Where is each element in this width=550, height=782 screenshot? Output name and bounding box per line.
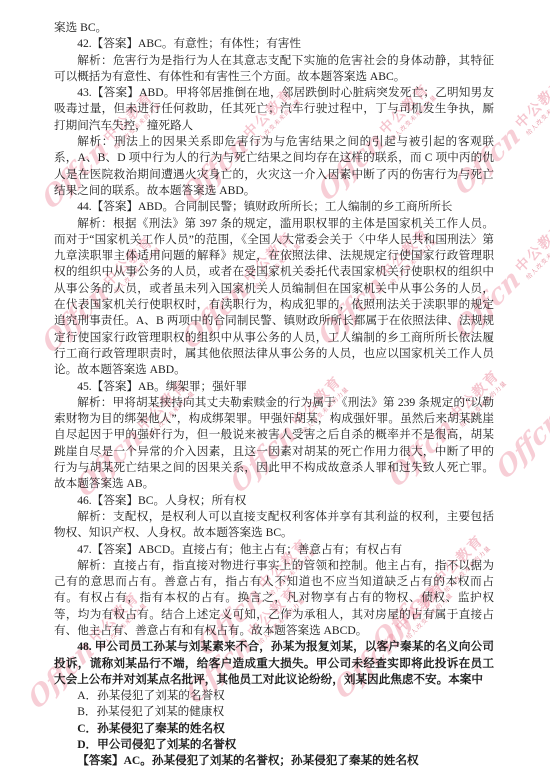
answer-line-48: 【答案】AC。孙某侵犯了刘某的名誉权；孙某侵犯了秦某的姓名权: [54, 753, 494, 769]
option-b: B．孙某侵犯了刘某的健康权: [54, 704, 494, 720]
offcn-slogan-text: 给人改变未来的力量: [526, 88, 550, 137]
offcn-brand-block: 中公教育给人改变未来的力量: [514, 221, 550, 282]
document-page: 案选 BC。42.【答案】ABC。有意性；有体性；有害性解析：危害行为是指行为人…: [54, 20, 494, 770]
offcn-script-logo: Offcn: [493, 404, 550, 484]
analysis-45: 解析：甲将胡某挟持向其丈夫勒索赎金的行为属于《刑法》第 239 条规定的“以勒索…: [54, 395, 494, 493]
exam-answer-document: { "page": { "width": 550, "height": 782,…: [0, 0, 550, 782]
analysis-47: 解析：直接占有，指直接对物进行事实上的管领和控制。他主占有，指不以据为己有的意思…: [54, 558, 494, 639]
analysis-42: 解析：危害行为是指行为人在其意志支配下实施的危害社会的身体动静，其特征可以概括为…: [54, 53, 494, 86]
answer-line-45: 45.【答案】AB。绑架罪；强奸罪: [54, 379, 494, 395]
analysis-43: 解析：刑法上的因果关系即危害行为与危害结果之间的引起与被引起的客观联系，A、B、…: [54, 134, 494, 199]
answer-line-43: 43.【答案】ABD。甲将邻居推倒在地，邻居跌倒时心脏病突发死亡；乙明知男友吸毒…: [54, 85, 494, 134]
option-a: A．孙某侵犯了刘某的名誉权: [54, 688, 494, 704]
continued-line: 案选 BC。: [54, 20, 494, 36]
offcn-slogan-text: 给人改变未来的力量: [526, 232, 550, 281]
answer-line-47: 47.【答案】ABCD。直接占有；他主占有；善意占有；有权占有: [54, 542, 494, 558]
offcn-brand-text: 中公教育: [514, 221, 550, 276]
analysis-46: 解析：支配权，是权利人可以直接支配权利客体并享有其利益的权利，主要包括物权、知识…: [54, 509, 494, 542]
analysis-44: 解析：根据《刑法》第 397 条的规定，滥用职权罪的主体是国家机关工作人员。而对…: [54, 216, 494, 379]
offcn-brand-block: 中公教育给人改变未来的力量: [514, 77, 550, 138]
offcn-watermark: Offcn中公教育给人改变未来的力量: [491, 357, 550, 483]
answer-line-46: 46.【答案】BC。人身权；所有权: [54, 493, 494, 509]
offcn-brand-text: 中公教育: [514, 77, 550, 132]
option-d: D．甲公司侵犯了刘某的名誉权: [54, 737, 494, 753]
option-c: C．孙某侵犯了秦某的姓名权: [54, 721, 494, 737]
question-48-stem: 48. 甲公司员工孙某与刘某素来不合，孙某为报复刘某，以客户秦某的名义向公司投诉…: [54, 639, 494, 688]
answer-line-44: 44.【答案】ABD。合同制民警；镇财政所所长；工人编制的乡工商所所长: [54, 199, 494, 215]
answer-line-42: 42.【答案】ABC。有意性；有体性；有害性: [54, 36, 494, 52]
